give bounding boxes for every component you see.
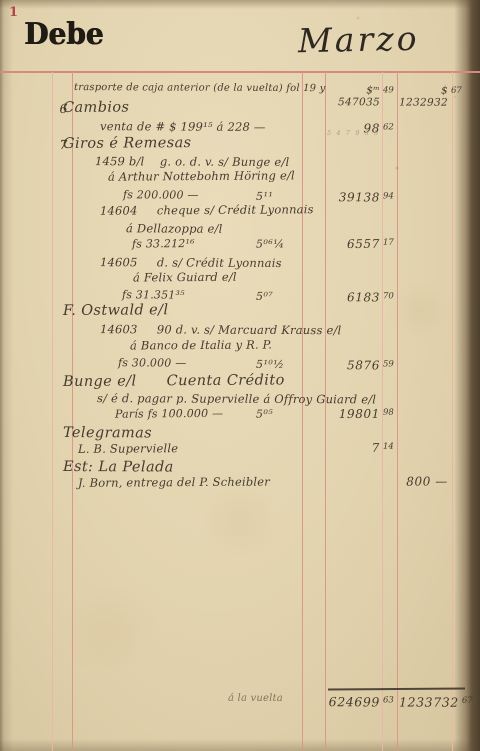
entry-text: 1459 b/l g. o. d. v. s/ Bunge e/l <box>95 154 289 169</box>
exchange-rate: 5¹⁰½ <box>256 358 285 371</box>
entry-text: á la vuelta <box>228 693 283 704</box>
entry-text: Est: La Pelada <box>63 459 174 475</box>
entry-text: fs 200.000 — <box>123 188 199 201</box>
amount-col1: 1980198 <box>326 407 397 421</box>
entry-text: 14604 cheque s/ Crédit Lyonnais <box>100 202 314 217</box>
amount-col2: 123373267 <box>399 694 465 709</box>
amount-col1-cents: 14 <box>382 441 397 455</box>
amount-col1: 587659 <box>326 358 397 372</box>
entry-text: París fs 100.000 — <box>115 407 223 421</box>
amount-col1-cents: 17 <box>382 237 397 251</box>
entry-text: Cambios <box>63 100 130 116</box>
ledger-entry: á Arthur Nottebohm Höring e/l <box>0 167 480 188</box>
ledger-page: 1 Debe Marzo 5 4 7 9 3 5 trasporte de ca… <box>0 0 480 751</box>
ledger-entry: á Banco de Italia y R. P. <box>0 336 480 357</box>
account-title: Bunge e/l Cuenta Crédito <box>0 371 480 392</box>
ledger-entry: París fs 100.000 —5⁰⁵1980198 <box>0 405 480 426</box>
account-title: 6Cambios <box>0 97 480 118</box>
entry-text: á Felix Guiard e/l <box>133 270 237 285</box>
entry-text: 14605 d. s/ Crédit Lyonnais <box>100 255 282 270</box>
ledger-entry: L. B. Supervielle714 <box>0 439 480 460</box>
account-title: F. Ostwald e/l <box>0 300 480 321</box>
exchange-rate: 5⁰⁵ <box>256 408 273 421</box>
exchange-rate: 5¹¹ <box>256 190 273 203</box>
amount-col1: 62469963 <box>326 694 397 709</box>
amount-col1-cents: 63 <box>382 694 397 709</box>
ledger-rows: trasporte de caja anterior (de la vuelta… <box>0 0 480 751</box>
entry-text: Bunge e/l Cuenta Crédito <box>63 372 285 390</box>
amount-col1-main: 7 <box>326 441 382 455</box>
entry-text: á Banco de Italia y R. P. <box>130 338 272 353</box>
ledger-entry: á Felix Guiard e/l <box>0 268 480 289</box>
amount-col1-cents: 98 <box>382 407 397 421</box>
amount-col2: 800 — <box>399 474 465 488</box>
account-title: 7Giros é Remesas <box>0 133 480 154</box>
entry-text: fs 33.212¹⁶ <box>132 237 195 250</box>
entry-text: 14603 90 d. v. s/ Marcuard Krauss e/l <box>100 322 341 337</box>
entry-text: J. Born, entrega del P. Scheibler <box>78 475 270 490</box>
footer-row: á la vuelta62469963123373267 <box>0 692 480 712</box>
entry-text: s/ é d. pagar p. Supervielle á Offroy Gu… <box>97 391 376 406</box>
entry-text: L. B. Supervielle <box>78 441 178 456</box>
amount-col1: 655717 <box>326 237 397 251</box>
amount-col2-main: 800 — <box>399 474 450 488</box>
ledger-entry: 14604 cheque s/ Crédit Lyonnais <box>0 201 480 222</box>
amount-col1-main: 624699 <box>326 694 382 709</box>
amount-col2-cents: 67 <box>461 695 473 710</box>
ledger-entry: fs 33.212¹⁶5⁰⁶¼655717 <box>0 235 480 256</box>
entry-text: fs 30.000 — <box>118 356 186 369</box>
amount-col2-cents <box>450 474 465 488</box>
amount-col1-main: 6557 <box>326 237 382 251</box>
amount-col2-main: 1233732 <box>399 694 461 709</box>
entry-text: Telegramas <box>63 425 152 441</box>
amount-col1-main: 19801 <box>326 407 382 421</box>
exchange-rate: 5⁰⁶¼ <box>256 237 285 250</box>
amount-col1-cents: 59 <box>382 358 397 372</box>
entry-text: F. Ostwald e/l <box>63 302 169 319</box>
entry-text: venta de # $ 199¹⁵ á 228 — <box>100 119 266 134</box>
amount-col1: 714 <box>326 441 397 455</box>
entry-text: á Dellazoppa e/l <box>126 221 223 235</box>
ledger-entry: J. Born, entrega del P. Scheibler800 — <box>0 473 480 494</box>
entry-text: á Arthur Nottebohm Höring e/l <box>108 168 295 183</box>
amount-col1-main: 5876 <box>326 358 382 372</box>
entry-text: Giros é Remesas <box>63 135 192 152</box>
entry-text: trasporte de caja anterior (de la vuelta… <box>74 82 326 94</box>
entry-text: fs 31.351³⁵ <box>122 288 185 301</box>
